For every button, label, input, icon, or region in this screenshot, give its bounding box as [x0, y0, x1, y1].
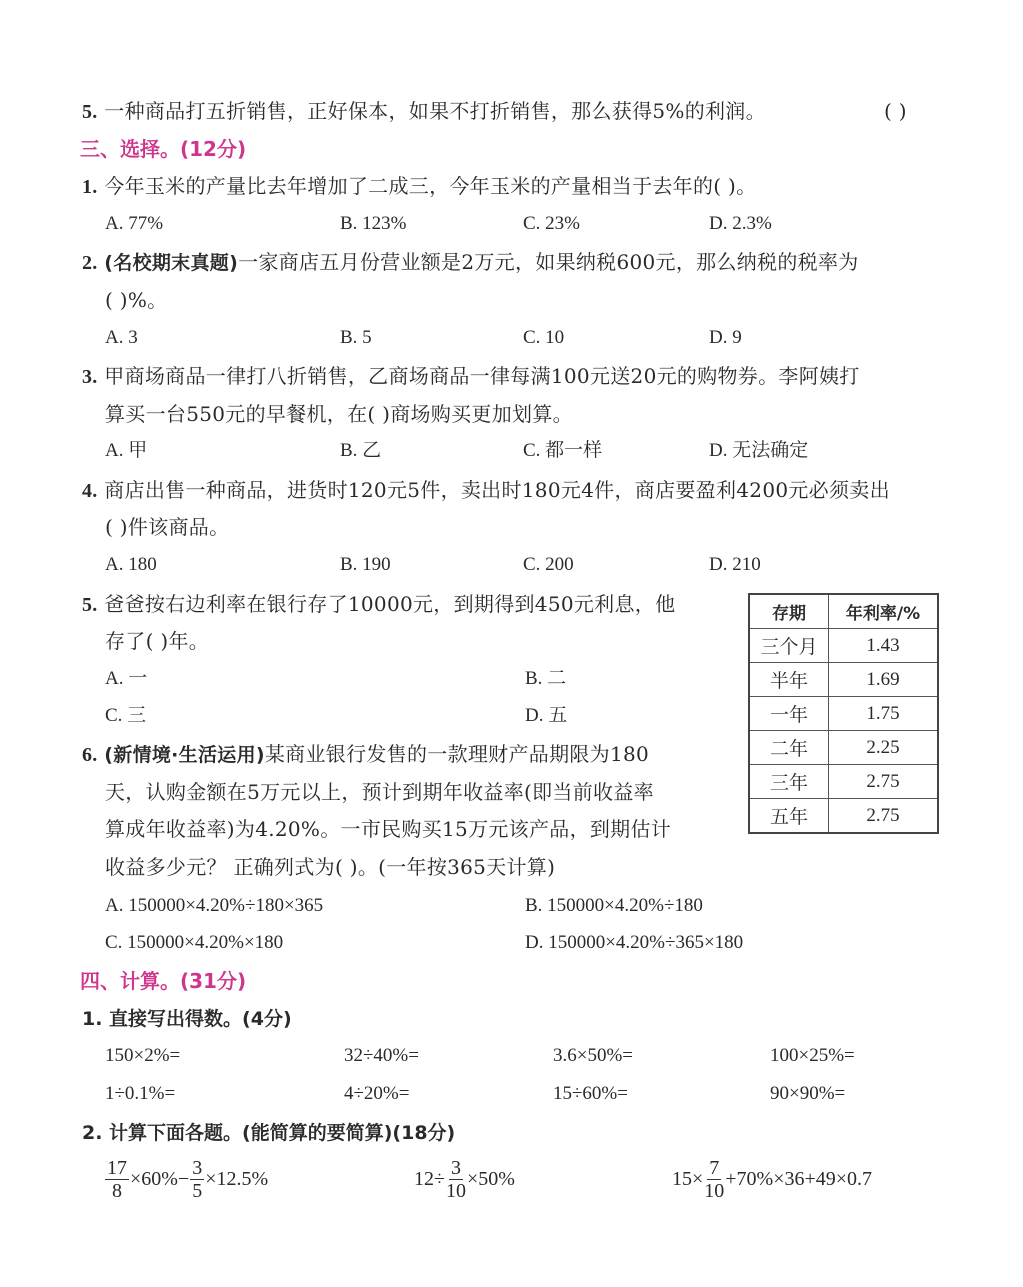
table-header-row: 存期 年利率/% — [749, 594, 938, 629]
calc-item: 1÷0.1%= — [105, 1081, 175, 1107]
operator-text: ×12.5% — [205, 1168, 268, 1191]
item-text: 一种商品打五折销售，正好保本，如果不打折销售，那么获得5%的利润。 — [104, 99, 766, 123]
question-6-line-3: 算成年收益率)为4.20%。一市民购买15万元该产品，到期估计 — [105, 815, 671, 843]
question-4: 4. 商店出售一种商品，进货时120元5件，卖出时180元4件，商店要盈利420… — [82, 476, 890, 505]
question-text: 爸爸按右边利率在银行存了10000元，到期得到450元利息，他 — [104, 592, 675, 616]
option-b[interactable]: B. 5 — [340, 325, 372, 351]
rate-cell: 2.75 — [829, 799, 939, 834]
question-number: 4. — [82, 480, 98, 502]
operator-text: 15× — [672, 1168, 703, 1191]
term-cell: 三个月 — [749, 629, 829, 663]
option-d[interactable]: D. 150000×4.20%÷365×180 — [525, 930, 743, 956]
question-tag: (新情境·生活运用) — [104, 744, 265, 766]
denominator: 8 — [112, 1180, 122, 1202]
option-a[interactable]: A. 甲 — [105, 438, 147, 464]
item-number: 5. — [82, 101, 98, 123]
question-5-line-2: 存了( )年。 — [105, 627, 209, 655]
question-text: 某商业银行发售的一款理财产品期限为180 — [265, 742, 649, 766]
option-a[interactable]: A. 150000×4.20%÷180×365 — [105, 893, 323, 919]
term-cell: 半年 — [749, 663, 829, 697]
rate-cell: 1.69 — [829, 663, 939, 697]
table-row: 二年 2.25 — [749, 731, 938, 765]
question-2: 2. (名校期末真题)一家商店五月份营业额是2万元，如果纳税600元，那么纳税的… — [82, 248, 859, 277]
option-a[interactable]: A. 77% — [105, 211, 163, 237]
question-number: 1. — [82, 176, 98, 198]
question-4-line-2: ( )件该商品。 — [105, 513, 229, 541]
question-text: 甲商场商品一律打八折销售，乙商场商品一律每满100元送20元的购物券。李阿姨打 — [104, 364, 859, 388]
option-c[interactable]: C. 三 — [105, 703, 146, 729]
section-heading-choice: 三、选择。(12分) — [80, 135, 246, 163]
operator-text: ×60%− — [130, 1168, 189, 1191]
calc-item: 100×25%= — [770, 1043, 855, 1069]
expression-2: 12÷ 3 10 ×50% — [414, 1157, 515, 1202]
header-rate: 年利率/% — [829, 594, 939, 629]
table-row: 五年 2.75 — [749, 799, 938, 834]
question-3: 3. 甲商场商品一律打八折销售，乙商场商品一律每满100元送20元的购物券。李阿… — [82, 362, 860, 391]
question-text: 商店出售一种商品，进货时120元5件，卖出时180元4件，商店要盈利4200元必… — [104, 478, 890, 502]
option-d[interactable]: D. 2.3% — [709, 211, 772, 237]
question-number: 3. — [82, 366, 98, 388]
question-number: 6. — [82, 744, 98, 766]
calc-item: 3.6×50%= — [553, 1043, 633, 1069]
rate-cell: 1.43 — [829, 629, 939, 663]
question-text: 今年玉米的产量比去年增加了二成三，今年玉米的产量相当于去年的( )。 — [104, 174, 756, 198]
option-c[interactable]: C. 23% — [523, 211, 580, 237]
fraction: 3 5 — [190, 1157, 204, 1202]
question-6: 6. (新情境·生活运用)某商业银行发售的一款理财产品期限为180 — [82, 740, 649, 769]
answer-paren[interactable]: ( ) — [884, 97, 907, 125]
question-3-line-2: 算买一台550元的早餐机，在( )商场购买更加划算。 — [105, 400, 573, 428]
numerator: 3 — [449, 1157, 463, 1180]
operator-text: ×50% — [467, 1168, 515, 1191]
denominator: 10 — [704, 1180, 724, 1202]
option-b[interactable]: B. 二 — [525, 666, 566, 692]
rate-cell: 1.75 — [829, 697, 939, 731]
question-number: 5. — [82, 594, 98, 616]
option-c[interactable]: C. 10 — [523, 325, 564, 351]
option-d[interactable]: D. 无法确定 — [709, 438, 808, 464]
judge-item-5: 5. 一种商品打五折销售，正好保本，如果不打折销售，那么获得5%的利润。 — [82, 97, 766, 126]
calc-item: 90×90%= — [770, 1081, 845, 1107]
calc-item: 150×2%= — [105, 1043, 180, 1069]
header-term: 存期 — [749, 594, 829, 629]
denominator: 5 — [192, 1180, 202, 1202]
option-c[interactable]: C. 都一样 — [523, 438, 602, 464]
table-row: 一年 1.75 — [749, 697, 938, 731]
option-d[interactable]: D. 210 — [709, 552, 761, 578]
option-d[interactable]: D. 9 — [709, 325, 742, 351]
option-a[interactable]: A. 一 — [105, 666, 147, 692]
calc-item: 32÷40%= — [344, 1043, 419, 1069]
rate-cell: 2.25 — [829, 731, 939, 765]
operator-text: +70%×36+49×0.7 — [725, 1168, 872, 1191]
option-d[interactable]: D. 五 — [525, 703, 567, 729]
calc-item: 15÷60%= — [553, 1081, 628, 1107]
question-2-line-2: ( )%。 — [105, 286, 167, 314]
option-b[interactable]: B. 乙 — [340, 438, 381, 464]
question-number: 2. — [82, 252, 98, 274]
question-tag: (名校期末真题) — [104, 252, 238, 274]
term-cell: 二年 — [749, 731, 829, 765]
section-heading-calculation: 四、计算。(31分) — [80, 967, 246, 995]
fraction: 17 8 — [105, 1157, 129, 1202]
operator-text: 12÷ — [414, 1168, 445, 1191]
calc-item: 4÷20%= — [344, 1081, 409, 1107]
numerator: 3 — [190, 1157, 204, 1180]
question-text: 一家商店五月份营业额是2万元，如果纳税600元，那么纳税的税率为 — [238, 250, 859, 274]
table-row: 三年 2.75 — [749, 765, 938, 799]
term-cell: 一年 — [749, 697, 829, 731]
part-1-title: 1. 直接写出得数。(4分) — [82, 1005, 292, 1033]
option-c[interactable]: C. 150000×4.20%×180 — [105, 930, 283, 956]
option-a[interactable]: A. 3 — [105, 325, 138, 351]
fraction: 7 10 — [704, 1157, 724, 1202]
numerator: 17 — [105, 1157, 129, 1180]
option-b[interactable]: B. 123% — [340, 211, 407, 237]
option-c[interactable]: C. 200 — [523, 552, 574, 578]
fraction: 3 10 — [446, 1157, 466, 1202]
rate-cell: 2.75 — [829, 765, 939, 799]
table-row: 半年 1.69 — [749, 663, 938, 697]
table-row: 三个月 1.43 — [749, 629, 938, 663]
term-cell: 三年 — [749, 765, 829, 799]
expression-1: 17 8 ×60%− 3 5 ×12.5% — [104, 1157, 268, 1202]
question-1: 1. 今年玉米的产量比去年增加了二成三，今年玉米的产量相当于去年的( )。 — [82, 172, 756, 201]
expression-3: 15× 7 10 +70%×36+49×0.7 — [672, 1157, 872, 1202]
denominator: 10 — [446, 1180, 466, 1202]
option-a[interactable]: A. 180 — [105, 552, 157, 578]
option-b[interactable]: B. 190 — [340, 552, 391, 578]
question-6-line-2: 天，认购金额在5万元以上，预计到期年收益率(即当前收益率 — [105, 778, 654, 806]
part-2-title: 2. 计算下面各题。(能简算的要简算)(18分) — [82, 1119, 455, 1147]
option-b[interactable]: B. 150000×4.20%÷180 — [525, 893, 703, 919]
interest-rate-table: 存期 年利率/% 三个月 1.43 半年 1.69 一年 1.75 二年 2.2… — [748, 593, 939, 834]
term-cell: 五年 — [749, 799, 829, 834]
numerator: 7 — [707, 1157, 721, 1180]
question-5: 5. 爸爸按右边利率在银行存了10000元，到期得到450元利息，他 — [82, 590, 675, 619]
question-6-line-4: 收益多少元？ 正确列式为( )。(一年按365天计算) — [105, 853, 555, 881]
